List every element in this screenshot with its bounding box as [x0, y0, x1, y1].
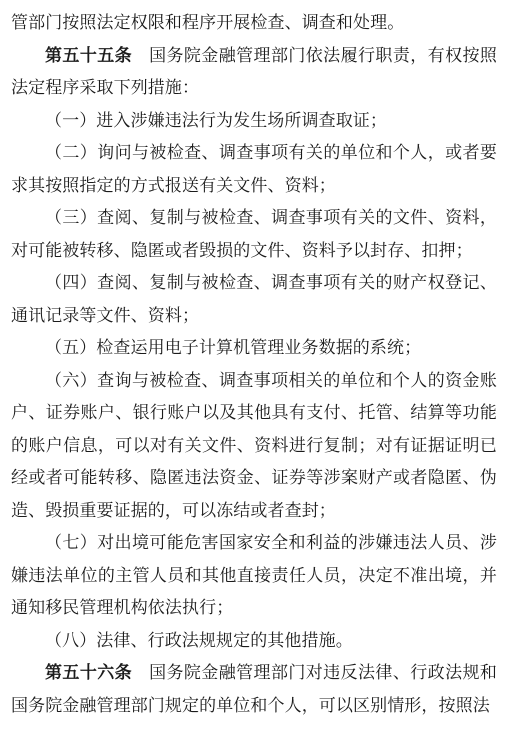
- item-4: （四）查阅、复制与被检查、调查事项有关的财产权登记、通讯记录等文件、资料；: [11, 267, 497, 332]
- item-7: （七）对出境可能危害国家安全和利益的涉嫌违法人员、涉嫌违法单位的主管人员和其他直…: [11, 527, 497, 625]
- article-55-paragraph: 第五十五条国务院金融管理部门依法履行职责，有权按照法定程序采取下列措施：: [11, 40, 497, 105]
- item-8: （八）法律、行政法规规定的其他措施。: [11, 625, 497, 658]
- item-1: （一）进入涉嫌违法行为发生场所调查取证；: [11, 105, 497, 138]
- article-56-paragraph: 第五十六条国务院金融管理部门对违反法律、行政法规和国务院金融管理部门规定的单位和…: [11, 657, 497, 722]
- paragraph-continuation: 管部门按照法定权限和程序开展检查、调查和处理。: [11, 7, 497, 40]
- article-56-number: 第五十六条: [45, 663, 132, 683]
- item-6: （六）查询与被检查、调查事项相关的单位和个人的资金账户、证券账户、银行账户以及其…: [11, 365, 497, 528]
- item-5: （五）检查运用电子计算机管理业务数据的系统；: [11, 332, 497, 365]
- article-55-number: 第五十五条: [45, 46, 132, 66]
- document-page: 管部门按照法定权限和程序开展检查、调查和处理。 第五十五条国务院金融管理部门依法…: [0, 0, 507, 730]
- item-2: （二）询问与被检查、调查事项有关的单位和个人，或者要求其按照指定的方式报送有关文…: [11, 137, 497, 202]
- item-3: （三）查阅、复制与被检查、调查事项有关的文件、资料，对可能被转移、隐匿或者毁损的…: [11, 202, 497, 267]
